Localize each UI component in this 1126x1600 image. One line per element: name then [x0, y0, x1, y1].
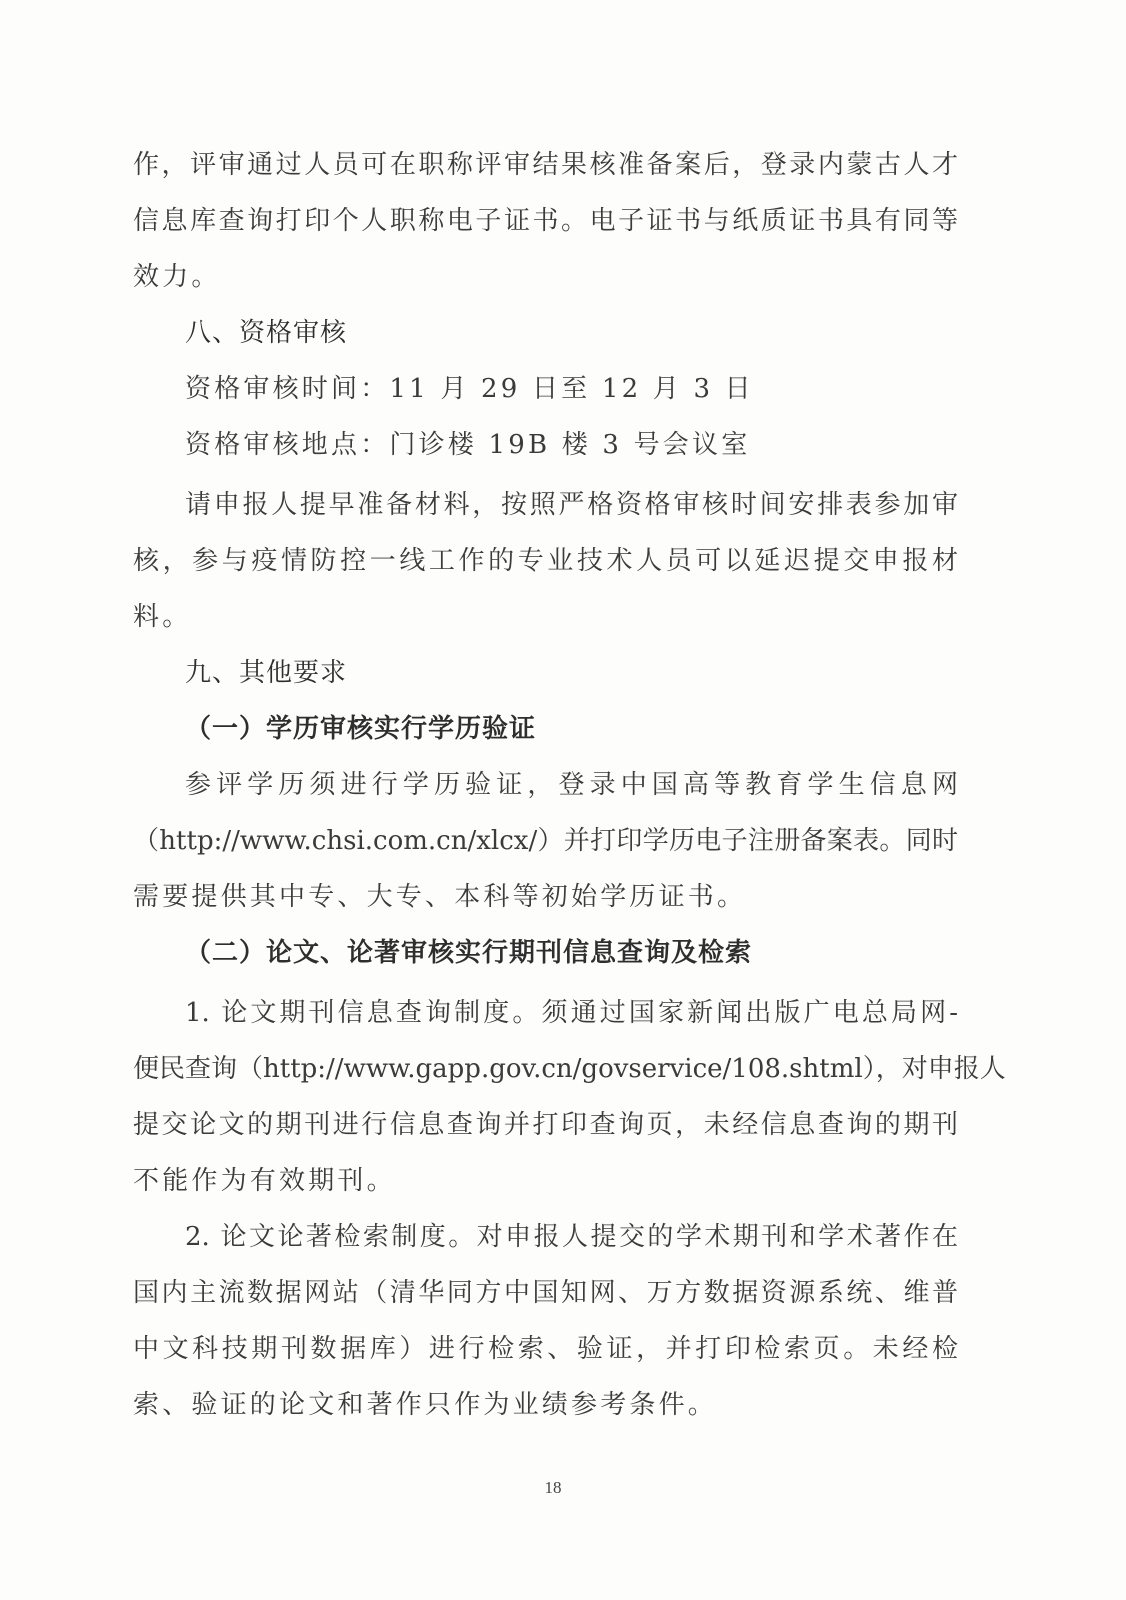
paragraph-line-with-link: 便民查询（http://www.gapp.gov.cn/govservice/1…: [133, 1052, 958, 1086]
paragraph-line: 2. 论文论著检索制度。对申报人提交的学术期刊和学术著作在: [185, 1220, 958, 1254]
review-time-text: 资格审核时间：11 月 29 日至 12 月 3 日: [185, 372, 958, 406]
paragraph-line: 不能作为有效期刊。: [133, 1164, 958, 1198]
document-page: 作，评审通过人员可在职称评审结果核准备案后，登录内蒙古人才 信息库查询打印个人职…: [0, 0, 1126, 1600]
paragraph-line: 料。: [133, 600, 958, 634]
paragraph-line: 效力。: [133, 260, 958, 294]
paragraph-line: 参评学历须进行学历验证，登录中国高等教育学生信息网: [185, 768, 958, 802]
paragraph-line: 索、验证的论文和著作只作为业绩参考条件。: [133, 1388, 958, 1422]
paragraph-line: 中文科技期刊数据库）进行检索、验证，并打印检索页。未经检: [133, 1332, 958, 1366]
paragraph-line: 国内主流数据网站（清华同方中国知网、万方数据资源系统、维普: [133, 1276, 958, 1310]
paragraph-line: 核，参与疫情防控一线工作的专业技术人员可以延迟提交申报材: [133, 544, 958, 578]
paragraph-line: 1. 论文期刊信息查询制度。须通过国家新闻出版广电总局网-: [185, 996, 958, 1030]
paragraph-line: 需要提供其中专、大专、本科等初始学历证书。: [133, 880, 958, 914]
section-heading-qualification-review: 八、资格审核: [185, 316, 958, 350]
section-heading-other-requirements: 九、其他要求: [185, 656, 958, 690]
paragraph-line: 请申报人提早准备材料，按照严格资格审核时间安排表参加审: [185, 488, 958, 522]
subsection-heading-paper-verification: （二）论文、论著审核实行期刊信息查询及检索: [185, 936, 1010, 970]
paragraph-line: 作，评审通过人员可在职称评审结果核准备案后，登录内蒙古人才: [133, 148, 958, 182]
subsection-heading-education-verification: （一）学历审核实行学历验证: [185, 712, 1010, 746]
paragraph-line: 提交论文的期刊进行信息查询并打印查询页，未经信息查询的期刊: [133, 1108, 958, 1142]
page-number: 18: [533, 1478, 573, 1498]
review-location-text: 资格审核地点：门诊楼 19B 楼 3 号会议室: [185, 428, 958, 462]
paragraph-line: 信息库查询打印个人职称电子证书。电子证书与纸质证书具有同等: [133, 204, 958, 238]
paragraph-line-with-link: （http://www.chsi.com.cn/xlcx/）并打印学历电子注册备…: [133, 824, 958, 858]
